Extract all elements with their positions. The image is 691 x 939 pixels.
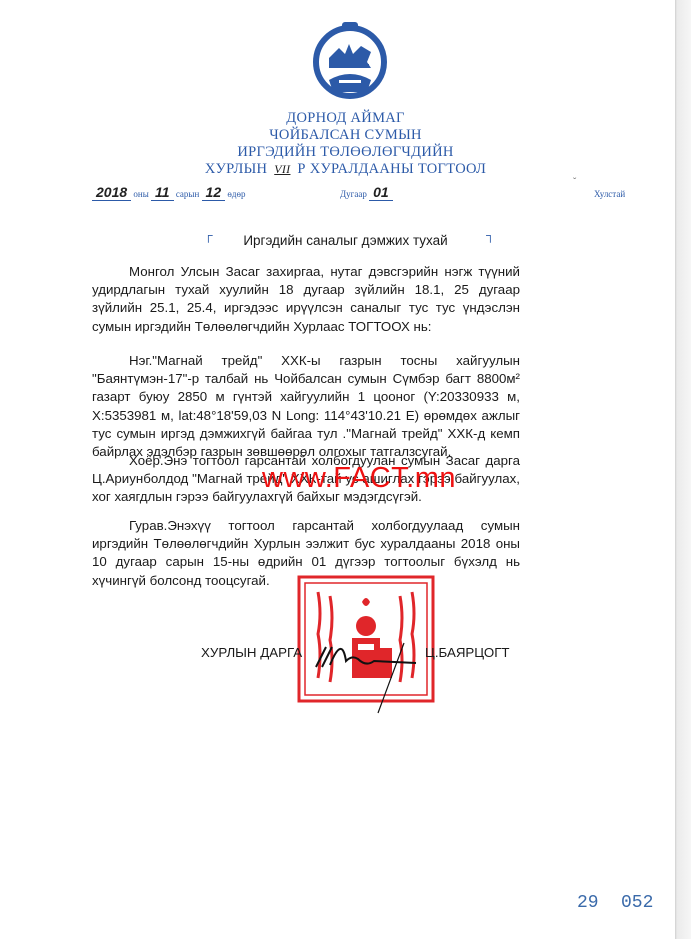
- header-resolution: ХУРЛЫН VII Р ХУРАЛДААНЫ ТОГТООЛ: [0, 161, 691, 178]
- number-field: Дугаар 01: [340, 184, 393, 201]
- header-prefix: ХУРЛЫН: [205, 161, 267, 177]
- signatory-position: ХУРЛЫН ДАРГА: [201, 645, 302, 660]
- day-label: өдөр: [227, 189, 245, 199]
- number-value: 01: [369, 184, 393, 201]
- header-suffix: Р ХУРАЛДААНЫ ТОГТООЛ: [297, 161, 486, 177]
- month-label: сарын: [176, 189, 199, 199]
- signature-icon: [312, 625, 420, 715]
- footer-number-1: 29: [577, 893, 599, 913]
- footer-number-2: 052: [621, 893, 653, 913]
- document-title: Иргэдийн саналыг дэмжих тухай: [0, 233, 691, 248]
- session-number: VII: [271, 162, 293, 176]
- year-label: оны: [133, 189, 148, 199]
- header-sum: ЧОЙБАЛСАН СУМЫН: [0, 127, 691, 144]
- signatory-name: Ц.БАЯРЦОГТ: [425, 645, 510, 660]
- tick-mark-icon: ˇ: [573, 177, 576, 188]
- watermark: www.FACT.mn: [262, 462, 456, 495]
- header-council: ИРГЭДИЙН ТӨЛӨӨЛӨГЧДИЙН: [0, 144, 691, 161]
- header-aimag: ДОРНОД АЙМАГ: [0, 110, 691, 127]
- number-label: Дугаар: [340, 189, 367, 199]
- day-value: 12: [202, 184, 226, 201]
- month-value: 11: [151, 184, 174, 201]
- place-label: Хулстай: [594, 189, 625, 199]
- state-emblem-icon: [309, 18, 391, 100]
- paragraph-one: Нэг."Магнай трейд" ХХК-ы газрын тосны ха…: [92, 352, 520, 461]
- year-value: 2018: [92, 184, 131, 201]
- paragraph-preamble: Монгол Улсын Засаг захиргаа, нутаг дэвсг…: [92, 263, 520, 336]
- date-field: 2018 оны 11 сарын 12 өдөр: [92, 184, 245, 201]
